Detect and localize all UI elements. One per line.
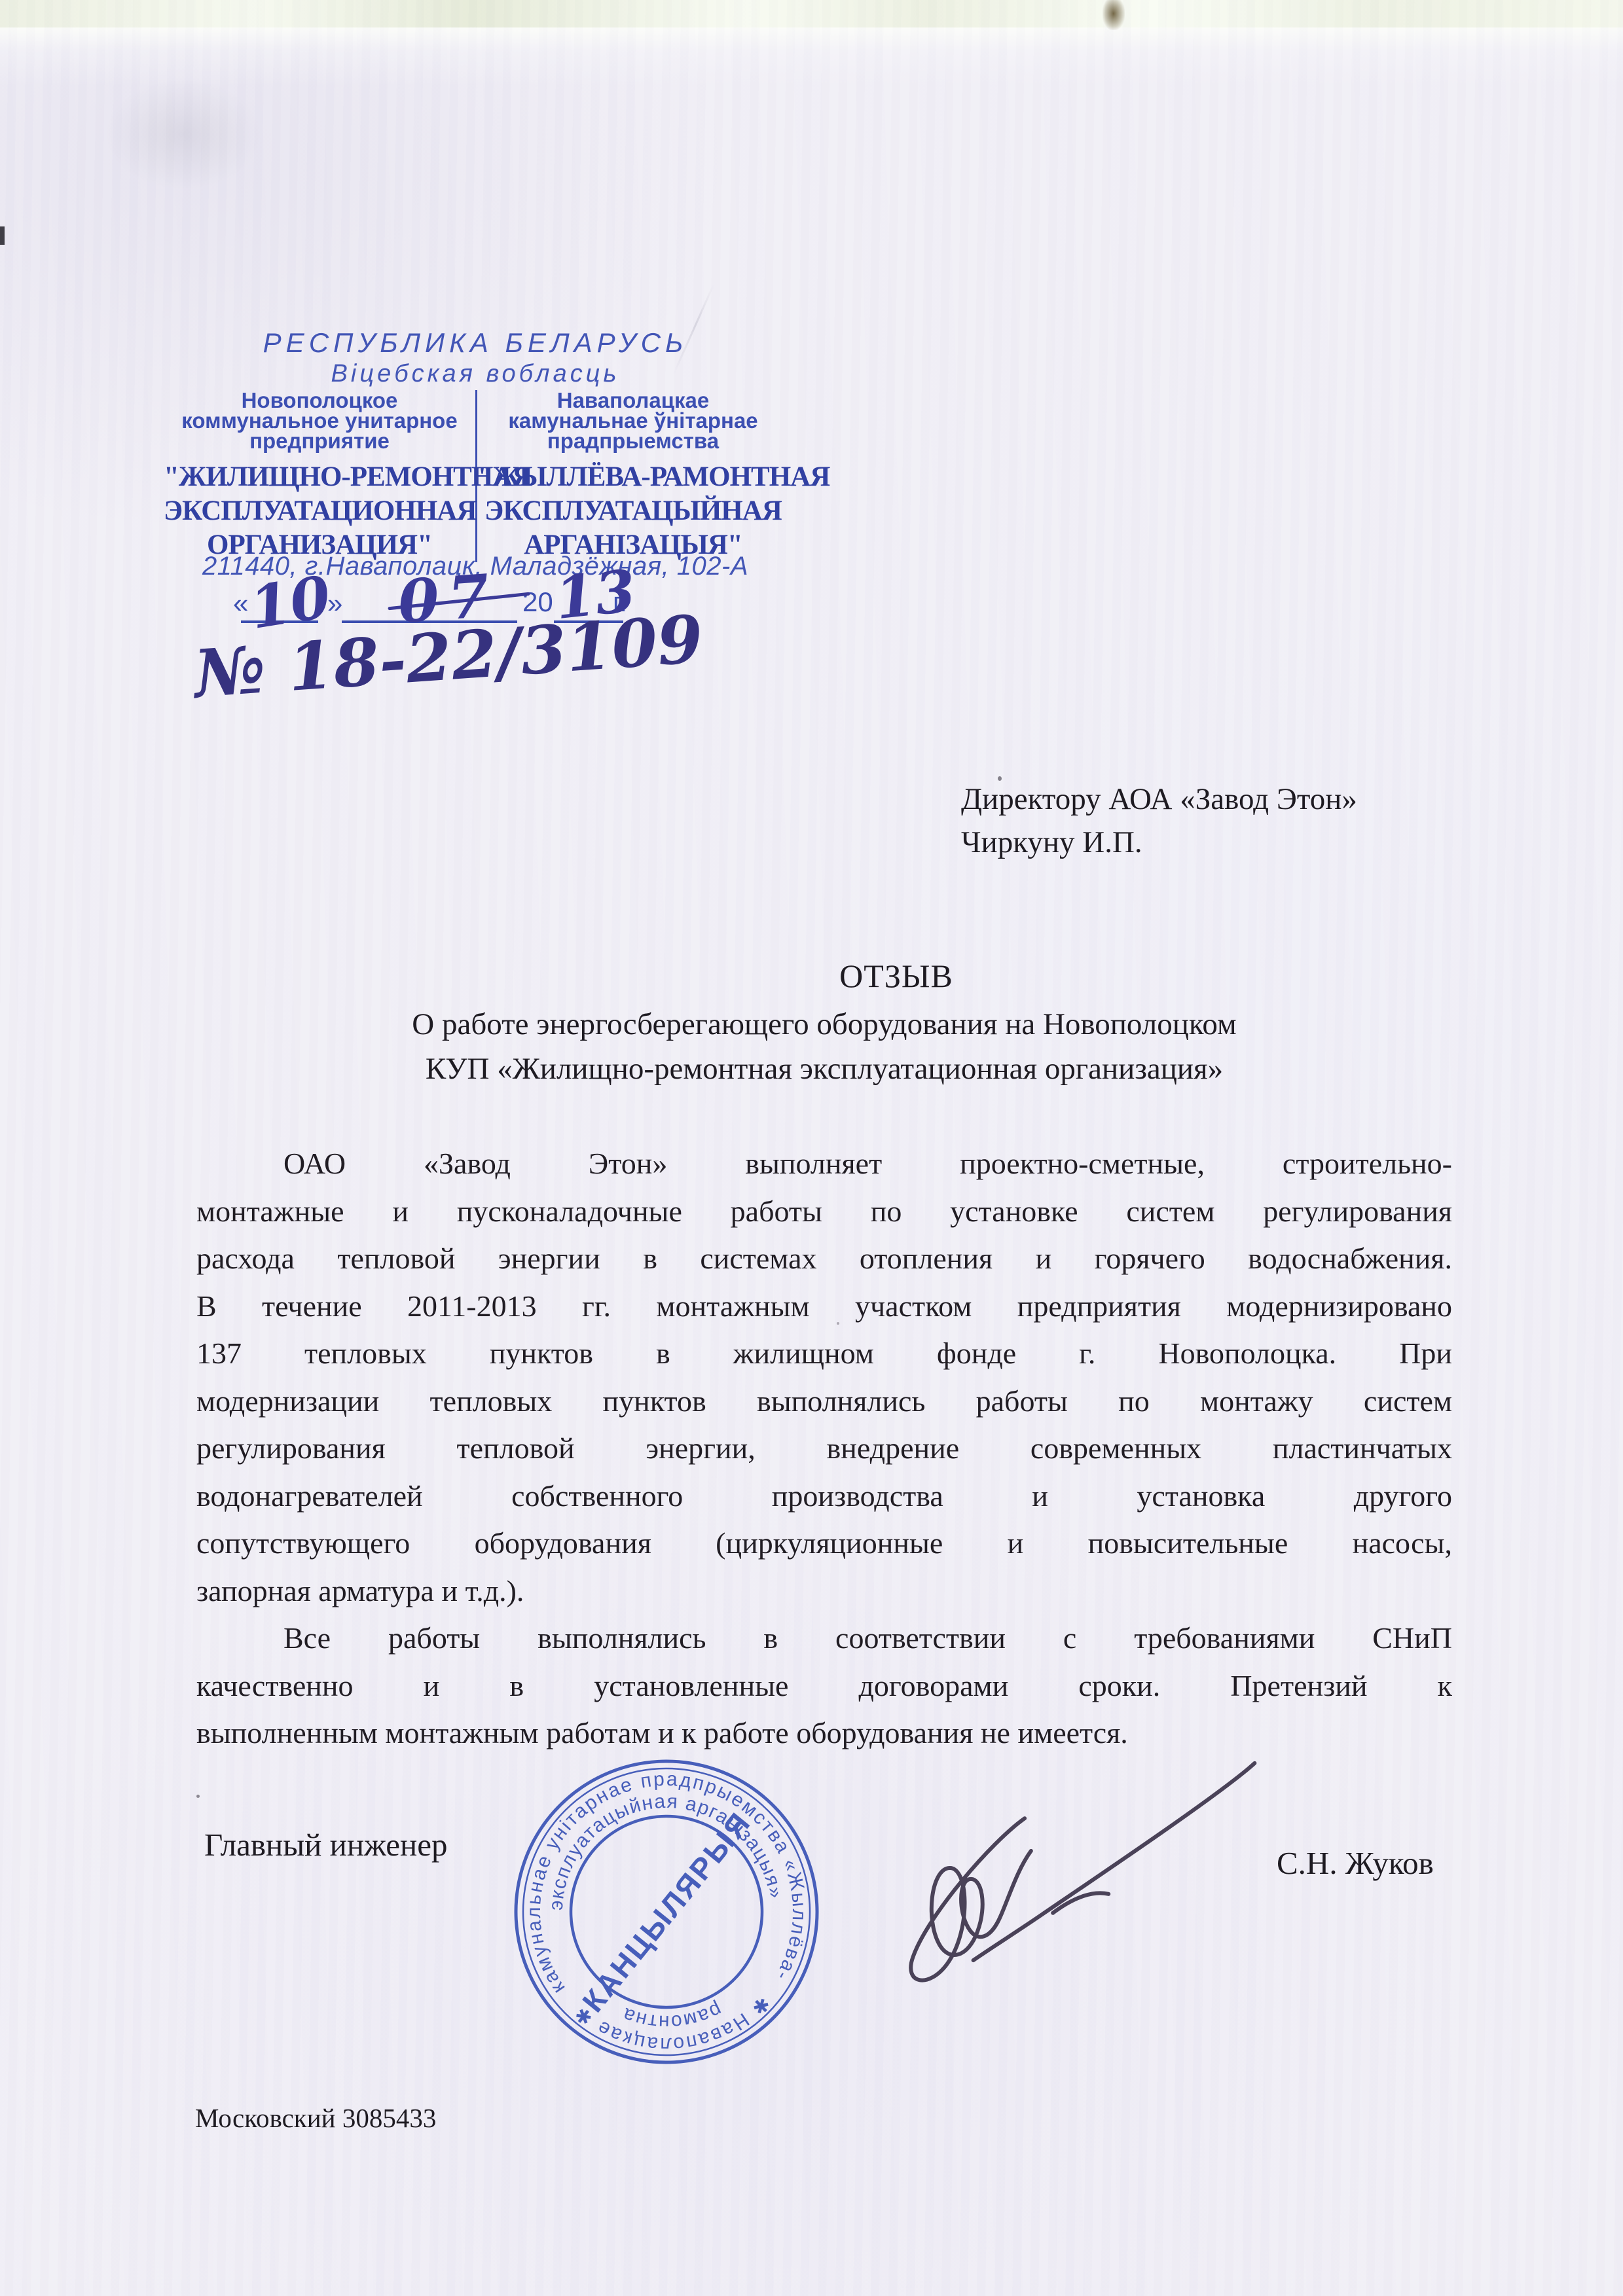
document-subtitle-line1: О работе энергосберегающего оборудования… bbox=[196, 1007, 1452, 1042]
letterhead-column-belarusian: Наваполацкаекамунальнае ўнітарнаепрадпры… bbox=[477, 390, 789, 562]
paragraph-1: ОАО «Завод Этон» выполняет проектно-смет… bbox=[196, 1140, 1452, 1615]
scan-smudge bbox=[1103, 0, 1125, 30]
office-round-stamp: камунальнае унітарнае прадпрыемства «Жыл… bbox=[505, 1750, 828, 2073]
addressee-line1: Директору АОА «Завод Этон» bbox=[961, 778, 1357, 821]
org-name-russian: "ЖИЛИЩНО-РЕМОНТНАЯЭКСПЛУАТАЦИОННАЯОРГАНИ… bbox=[164, 460, 475, 562]
scan-top-band bbox=[0, 0, 1623, 27]
scanned-letter-page: { "document": { "letterhead": { "country… bbox=[0, 0, 1623, 2296]
signature-loops bbox=[905, 1818, 1035, 1981]
org-name-belarusian: "ЖЫЛЛЁВА-РАМОНТНАЯЭКСПЛУАТАЦЫЙНАЯАРГАНІЗ… bbox=[477, 460, 789, 562]
letterhead-column-russian: Новополоцкоекоммунальное унитарноепредпр… bbox=[164, 390, 477, 562]
scan-top-band-fade bbox=[0, 27, 1623, 86]
document-subtitle-line2: КУП «Жилищно-ремонтная эксплуатационная … bbox=[196, 1051, 1452, 1086]
date-open-quote: « bbox=[233, 588, 248, 619]
signature-long-stroke bbox=[967, 1763, 1262, 1960]
dust-speck bbox=[196, 1795, 200, 1798]
org-type-belarusian: Наваполацкаекамунальнае ўнітарнаепрадпры… bbox=[477, 390, 789, 451]
signer-name: С.Н. Жуков bbox=[1277, 1844, 1434, 1882]
handwritten-signature bbox=[854, 1753, 1280, 1990]
letterhead-columns: Новополоцкоекоммунальное унитарноепредпр… bbox=[164, 390, 787, 562]
letterhead-country: РЕСПУБЛИКА БЕЛАРУСЬ bbox=[164, 327, 787, 359]
letter-body: ОАО «Завод Этон» выполняет проектно-смет… bbox=[196, 1140, 1452, 1757]
letterhead-region: Віцебская вобласць bbox=[164, 360, 787, 388]
addressee-line2: Чиркуну И.П. bbox=[961, 821, 1357, 864]
signer-position: Главный инженер bbox=[204, 1826, 447, 1863]
stamp-center-text: КАНЦЫЛЯРЫЯ bbox=[575, 1805, 757, 2018]
addressee-block: Директору АОА «Завод Этон» Чиркуну И.П. bbox=[961, 778, 1357, 864]
org-type-russian: Новополоцкоекоммунальное унитарноепредпр… bbox=[164, 390, 475, 451]
footer-print-code: Московский 3085433 bbox=[195, 2102, 436, 2134]
scan-blotch bbox=[105, 79, 262, 190]
paragraph-2: Все работы выполнялись в соответствии с … bbox=[196, 1615, 1452, 1757]
document-title: ОТЗЫВ bbox=[268, 957, 1524, 995]
scan-edge-mark bbox=[0, 226, 5, 245]
